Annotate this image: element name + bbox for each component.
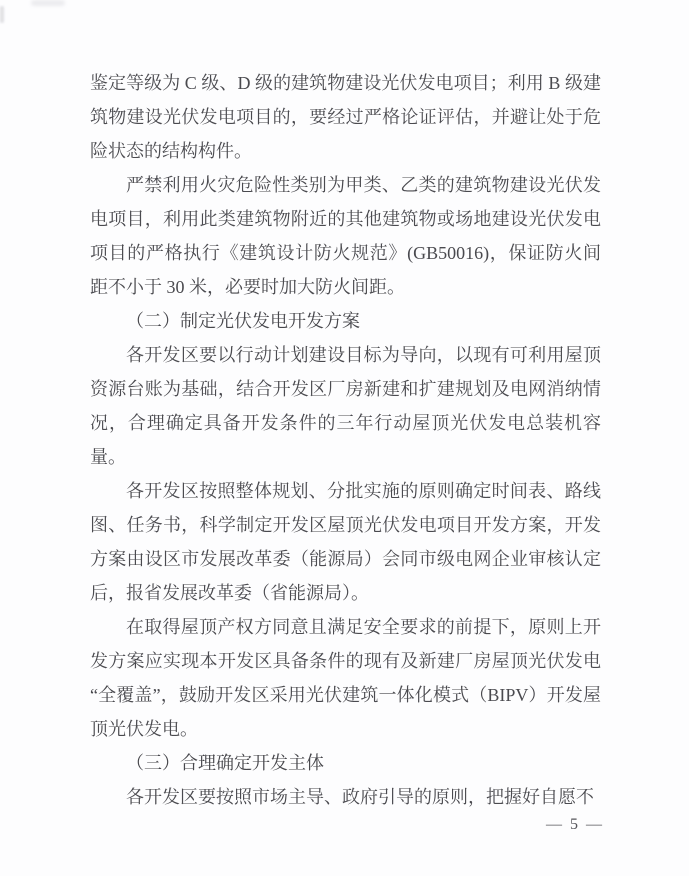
section-heading-2: （二）制定光伏发电开发方案 [90, 304, 601, 338]
document-body: 鉴定等级为 C 级、D 级的建筑物建设光伏发电项目；利用 B 级建筑物建设光伏发… [90, 66, 601, 814]
paragraph-development-plan-approval: 各开发区按照整体规划、分批实施的原则确定时间表、路线图、任务书，科学制定开发区屋… [90, 474, 601, 610]
paragraph-full-coverage-bipv: 在取得屋顶产权方同意且满足安全要求的前提下，原则上开发方案应实现本开发区具备条件… [90, 610, 601, 746]
paragraph-development-entity: 各开发区要按照市场主导、政府引导的原则，把握好自愿不 [90, 780, 601, 814]
paragraph-continuation: 鉴定等级为 C 级、D 级的建筑物建设光伏发电项目；利用 B 级建筑物建设光伏发… [90, 66, 601, 168]
scan-artifact-left [0, 6, 4, 23]
scan-artifact-top [31, 0, 65, 6]
paragraph-fire-safety: 严禁利用火灾危险性类别为甲类、乙类的建筑物建设光伏发电项目，利用此类建筑物附近的… [90, 168, 601, 304]
section-heading-3: （三）合理确定开发主体 [90, 746, 601, 780]
page-number: — 5 — [546, 813, 604, 837]
document-page: 鉴定等级为 C 级、D 级的建筑物建设光伏发电项目；利用 B 级建筑物建设光伏发… [0, 0, 689, 876]
paragraph-development-plan-capacity: 各开发区要以行动计划建设目标为导向，以现有可利用屋顶资源台账为基础，结合开发区厂… [90, 338, 601, 474]
